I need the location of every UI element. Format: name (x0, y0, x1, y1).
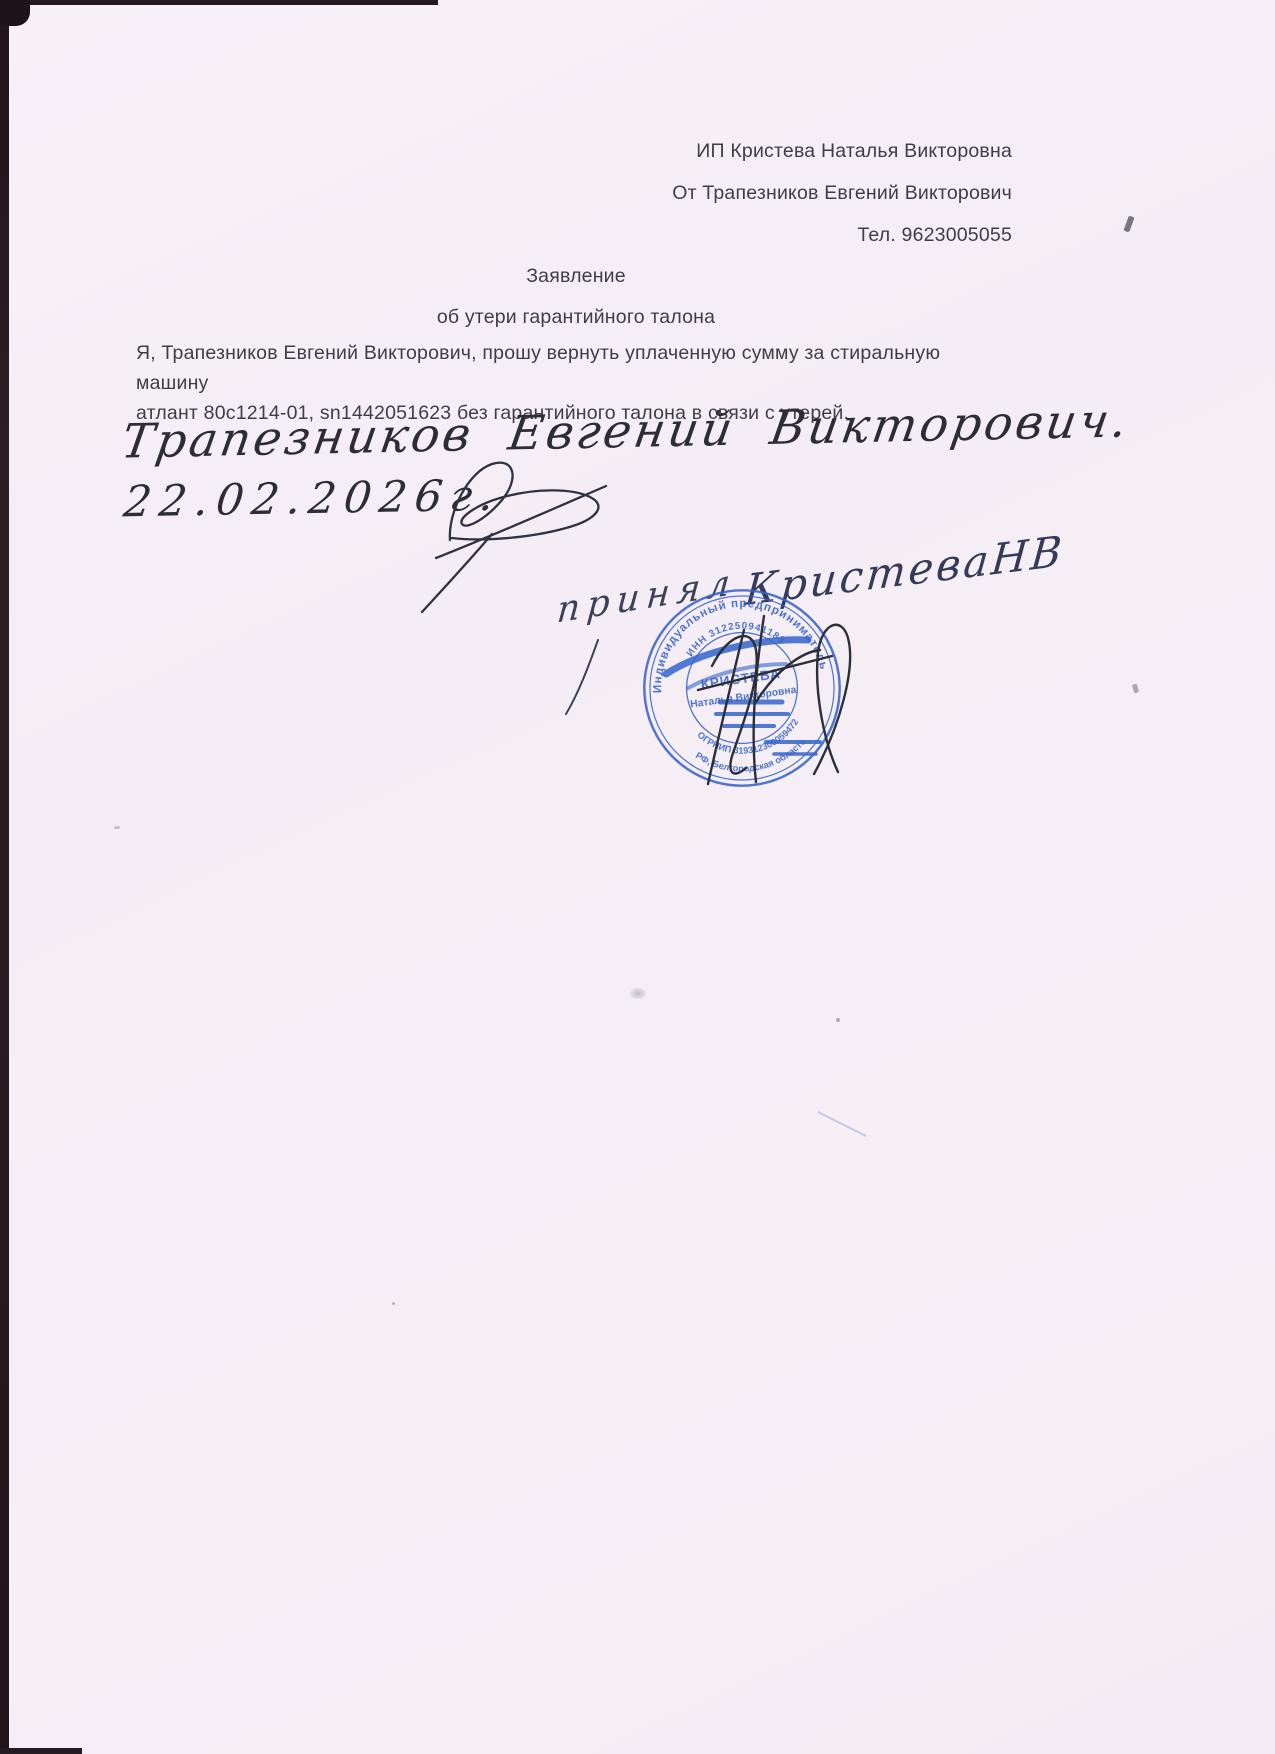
scan-edge-corner (0, 0, 30, 26)
scan-speck (392, 1302, 395, 1305)
handwritten-date: 22.02.2026г. (121, 471, 505, 528)
scan-edge-top (0, 0, 438, 5)
scan-speck (630, 988, 646, 999)
round-stamp: Индивидуальный предприниматель ИНН 31225… (620, 566, 864, 810)
scan-edge-bottom (0, 1748, 82, 1754)
stamp-outer-ring-inner (638, 584, 846, 792)
body-line: Я, Трапезников Евгений Викторович, прошу… (136, 338, 988, 398)
recipient-name-line: ИП Кристева Наталья Викторовна (672, 130, 1012, 172)
received-note-tail-stroke (566, 640, 598, 714)
title-line: Заявление (0, 256, 1152, 297)
subtitle-line: об утери гарантийного талона (0, 297, 1152, 338)
scan-speck (1123, 215, 1134, 232)
scanned-document-page: ИП Кристева Наталья Викторовна От Трапез… (0, 0, 1275, 1754)
recipient-block: ИП Кристева Наталья Викторовна От Трапез… (672, 130, 1012, 256)
scan-speck (114, 826, 120, 829)
phone-line: Тел. 9623005055 (672, 214, 1012, 256)
scan-speck (1132, 684, 1139, 694)
applicant-from-line: От Трапезников Евгений Викторович (672, 172, 1012, 214)
scan-speck (836, 1018, 840, 1022)
document-title: Заявление об утери гарантийного талона (0, 256, 1152, 338)
stray-pen-streak (818, 1112, 866, 1136)
